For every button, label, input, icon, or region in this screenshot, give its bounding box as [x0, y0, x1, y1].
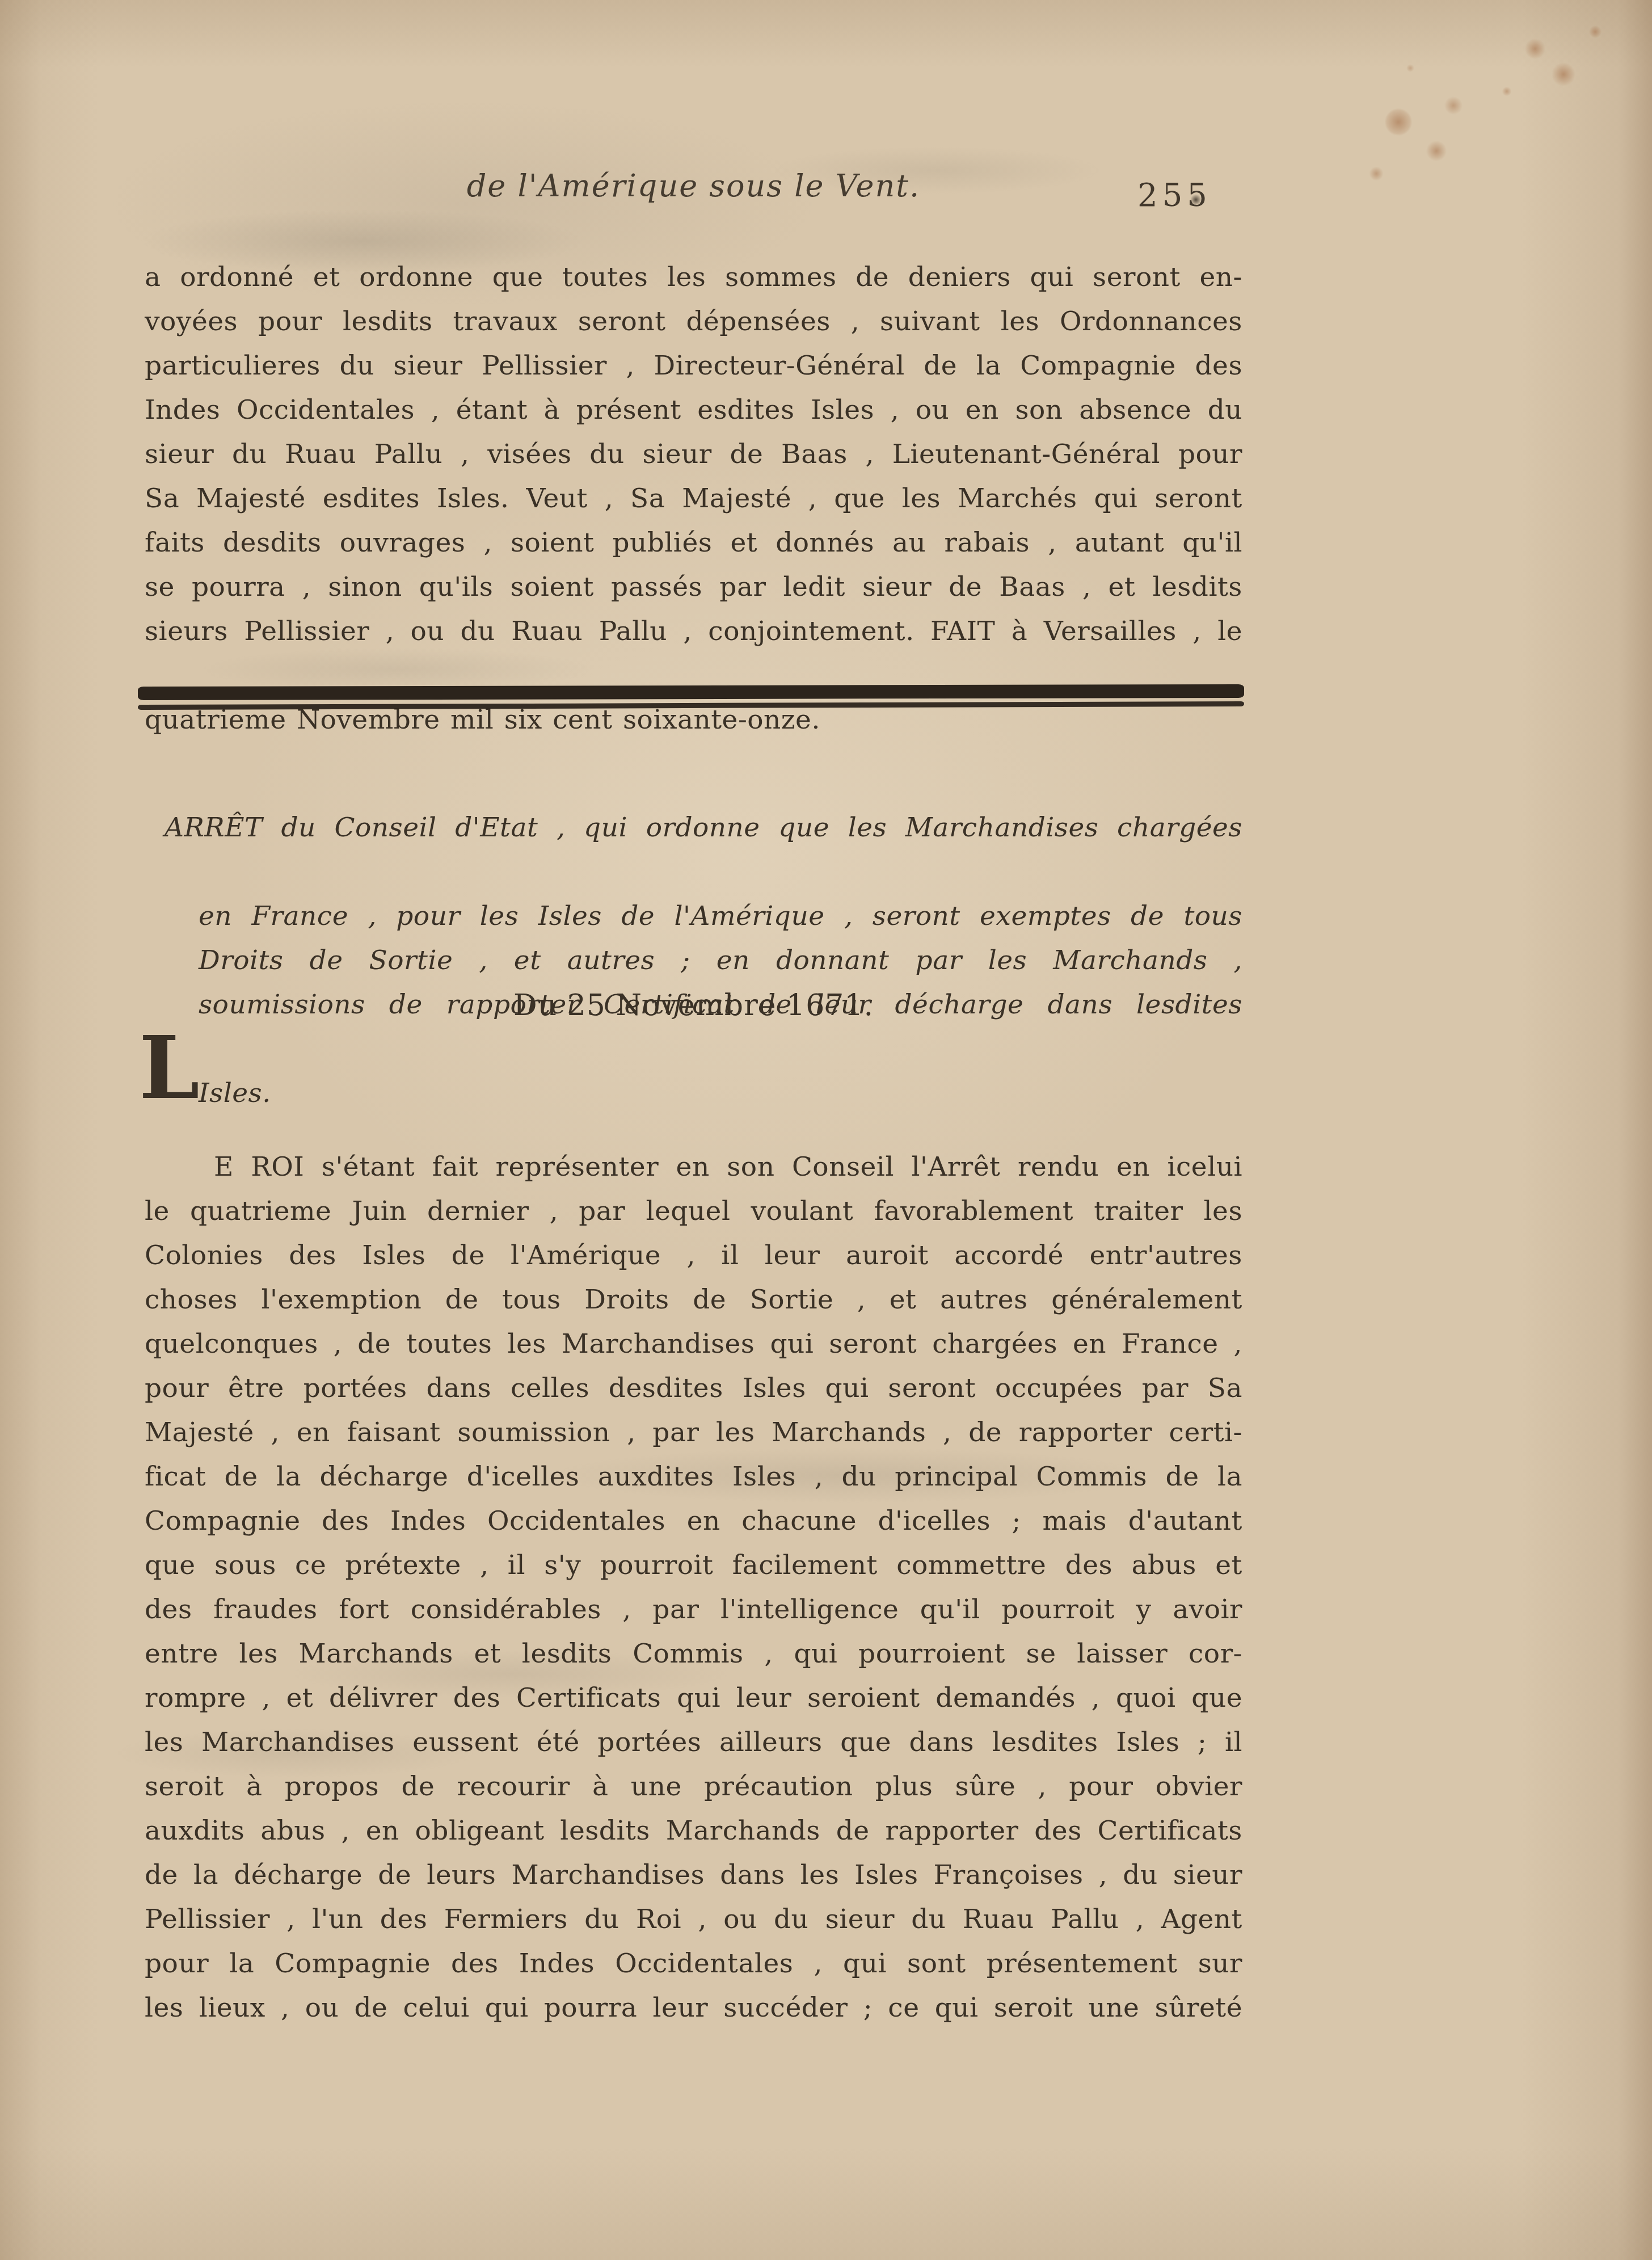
book-page: de l'Amérique sous le Vent. 255 a ordonn… — [0, 0, 1652, 2260]
dropcap-initial: L — [139, 1025, 200, 1111]
paragraph-lines: a ordonné et ordonne que toutes les somm… — [145, 255, 1242, 654]
page-number: 255 — [1137, 177, 1212, 214]
decree-body-lines: E ROI s'étant fait représenter en son Co… — [145, 1145, 1242, 2030]
running-title: de l'Amérique sous le Vent. — [145, 168, 1242, 204]
decree-body: L E ROI s'étant fait représenter en son … — [145, 1057, 1242, 2074]
divider-thick-rule — [138, 684, 1244, 700]
section-divider — [138, 685, 1244, 708]
decree-date: Du 25 Novembre 1671. — [145, 988, 1242, 1022]
decree-heading-first-line: ARRÊT du Conseil d'Etat , qui ordonne qu… — [165, 806, 1242, 850]
